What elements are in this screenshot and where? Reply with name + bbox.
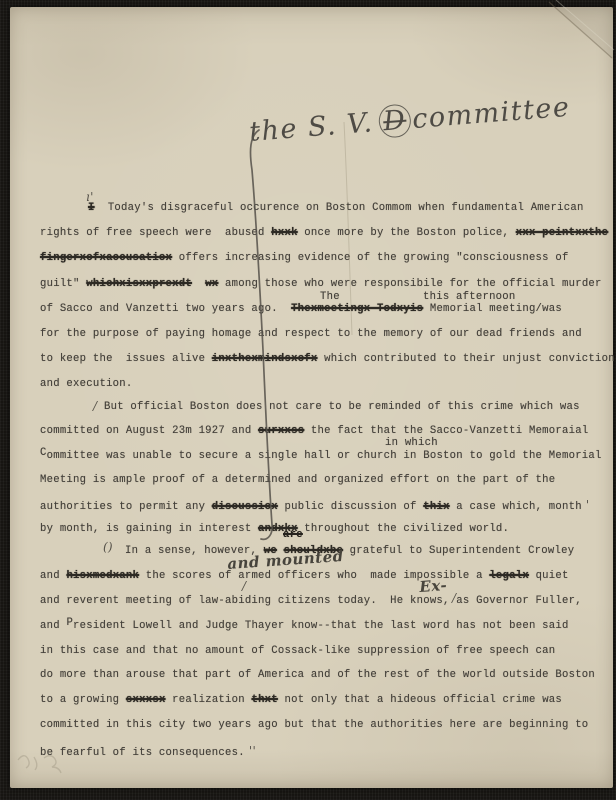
typed-text: for the purpose of paying homage and res…: [40, 328, 582, 340]
struck-text: discussiox: [212, 501, 278, 513]
typed-text: be fearful of its consequences.: [40, 747, 245, 759]
typed-text: and reverent meeting of law-abiding citi…: [40, 595, 582, 607]
pencil-text: /: [93, 399, 97, 413]
paragraph-2: /But official Boston does not care to be…: [40, 401, 600, 547]
pencil-text: /: [452, 591, 456, 605]
typed-line: by month, is gaining in interest andxkx …: [40, 523, 600, 547]
struck-text: sxxxsx: [126, 694, 166, 706]
typed-line: for the purpose of paying homage and res…: [40, 328, 600, 353]
typed-text: committed on August 23m 1927 and: [40, 425, 258, 437]
typed-line: to keep the issues alive inxthexmindsxof…: [40, 353, 600, 378]
typed-text: by month, is gaining in interest: [40, 523, 258, 535]
typed-text: Meeting is ample proof of a determined a…: [40, 474, 555, 486]
typed-text: committed in this city two years ago but…: [40, 719, 588, 731]
typed-text: realization: [166, 694, 252, 706]
typed-line: /But official Boston does not care to be…: [40, 401, 600, 425]
typed-text: resident Lowell and Judge Thayer know--t…: [73, 620, 569, 632]
pencil-text: ': [582, 498, 590, 512]
struck-text: wx: [205, 278, 218, 290]
typed-line: Ex-/and reverent meeting of law-abiding …: [40, 595, 600, 620]
pencil-text: ı': [86, 190, 94, 204]
typed-line: committed on August 23m 1927 and surxxss…: [40, 425, 600, 449]
raise-text: The: [320, 291, 340, 303]
hand-text: Ex-: [419, 576, 448, 596]
struck-text: surxxss: [258, 425, 304, 437]
typed-text: which contributed to their unjust convic…: [318, 353, 615, 365]
typed-text: [192, 278, 205, 290]
typed-line: ı'I Today's disgraceful occurence on Bos…: [40, 202, 600, 227]
pencil-text: (): [103, 540, 113, 554]
sup-text: C: [40, 447, 47, 459]
typed-line: fingerxofxaccusatiox offers increasing e…: [40, 252, 600, 277]
typed-text: a case which, month: [450, 501, 582, 513]
typed-line: Meeting is ample proof of a determined a…: [40, 474, 600, 498]
typed-line: do more than arouse that part of America…: [40, 669, 600, 694]
typed-text: rights of free speech were abused: [40, 227, 271, 239]
typed-text: Today's disgraceful occurence on Boston …: [95, 202, 584, 214]
typed-text: ommittee was unable to secure a single h…: [47, 450, 602, 462]
struck-text: Thexmeetingx Todxyis: [291, 303, 423, 315]
typed-text: and: [40, 620, 66, 632]
struck-text: inxthexmindsxofx: [212, 353, 318, 365]
typed-line: to a growing sxxxsx realization thxt not…: [40, 694, 600, 719]
typed-text: do more than arouse that part of America…: [40, 669, 595, 681]
struck-text: hxxk: [271, 227, 297, 239]
raiseb-text: are: [283, 529, 303, 541]
typed-line: Thethis afternoonof Sacco and Vanzetti t…: [40, 303, 600, 328]
typed-line: rights of free speech were abused hxxk o…: [40, 227, 600, 252]
raise-text: this afternoon: [423, 291, 516, 303]
typed-text: and execution.: [40, 378, 133, 390]
typed-line: and mounted/and hisxmedxank the scores o…: [40, 570, 600, 595]
typed-text: throughout the civilized world.: [298, 523, 509, 535]
typed-text: not only that a hideous official crime w…: [278, 694, 562, 706]
typed-text: of Sacco and Vanzetti two years ago.: [40, 303, 291, 315]
typed-line: and execution.: [40, 378, 600, 403]
struck-text: thix: [423, 501, 449, 513]
typed-line: be fearful of its consequences. '': [40, 744, 600, 769]
paragraph-1: ı'I Today's disgraceful occurence on Bos…: [40, 202, 600, 404]
typed-line: in this case and that no amount of Cossa…: [40, 645, 600, 670]
typed-text: Memorial meeting/was: [423, 303, 562, 315]
struck-text: legalx: [489, 570, 529, 582]
pencil-text: /: [242, 579, 246, 593]
typed-text: in this case and that no amount of Cossa…: [40, 645, 555, 657]
struck-text: thxt: [251, 694, 277, 706]
typed-text: guilt": [40, 278, 86, 290]
typed-line: in whichCommittee was unable to secure a…: [40, 450, 600, 474]
typed-text: quiet: [529, 570, 569, 582]
scanned-document: the S. V.Dcommittee ı'I Today's disgrace…: [0, 0, 616, 800]
typed-text: offers increasing evidence of the growin…: [172, 252, 568, 264]
typed-text: to a growing: [40, 694, 126, 706]
typed-text: and: [40, 570, 66, 582]
typed-text: once more by the Boston police,: [298, 227, 516, 239]
struck-text: whichxisxxprexdt: [86, 278, 192, 290]
struck-text: xxx peintxxthe: [516, 227, 609, 239]
raise-text: in which: [385, 437, 438, 449]
handwritten-struck-letter: D: [378, 103, 412, 138]
sup-text: P: [66, 617, 73, 629]
typed-text: among those who were responsibile for th…: [218, 278, 601, 290]
typed-text: grateful to Superintendent Crowley: [343, 545, 574, 557]
paragraph-3: ()areIn a sense, however, we shouldxbe g…: [40, 545, 600, 769]
struck-text: fingerxofxaccusatiox: [40, 252, 172, 264]
pencil-text: '': [245, 744, 256, 758]
typed-line: authorities to permit any discussiox pub…: [40, 498, 600, 522]
typed-text: But official Boston does not care to be …: [104, 401, 580, 413]
typed-line: and President Lowell and Judge Thayer kn…: [40, 620, 600, 645]
typed-text: authorities to permit any: [40, 501, 212, 513]
typed-text: public discussion of: [278, 501, 423, 513]
typed-line: committed in this city two years ago but…: [40, 719, 600, 744]
typed-text: the fact that the Sacco-Vanzetti Memorai…: [304, 425, 588, 437]
struck-text: hisxmedxank: [66, 570, 139, 582]
typed-text: to keep the issues alive: [40, 353, 212, 365]
